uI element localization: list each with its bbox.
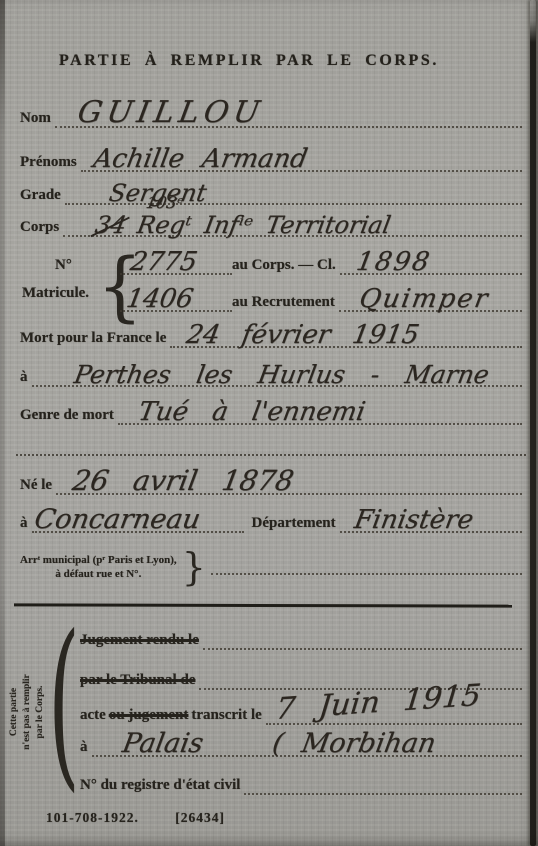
matricule-classe-dotted-line: 1898 <box>340 243 522 275</box>
departement-handwritten-value: Finistère <box>352 505 476 535</box>
genre-mort-label: Genre de mort <box>20 407 118 425</box>
corps-label: Corps <box>20 219 63 237</box>
departement-dotted-line: Finistère <box>340 501 522 533</box>
field-mort-date: Mort pour la France le 24 février 1915 <box>20 318 522 348</box>
arrondissement-brace: } <box>182 548 206 586</box>
mort-lieu-label: à <box>20 369 32 387</box>
naissance-lieu-dotted-line: Concarneau <box>32 501 244 533</box>
field-mort-lieu: à Perthes les Hurlus - Marne <box>20 357 522 387</box>
matricule-recrutement-place-handwritten: Quimper <box>357 284 492 314</box>
matricule-label-no: N° <box>55 257 76 275</box>
mort-date-label: Mort pour la France le <box>20 330 170 348</box>
prenoms-handwritten-value: Achille Armand <box>91 144 310 174</box>
field-transcription-lieu: à Palais ( Morbihan <box>80 727 522 757</box>
registre-dotted-line <box>244 763 522 795</box>
form-title: PARTIE À REMPLIR PAR LE CORPS. <box>0 52 498 70</box>
field-arrondissement: Arrᵗ municipal (pʳ Paris et Lyon), à déf… <box>20 549 522 585</box>
prenoms-dotted-line: Achille Armand <box>81 140 522 172</box>
mort-date-dotted-line: 24 février 1915 <box>170 316 522 348</box>
right-page-edge <box>530 0 536 846</box>
jugement-brace: ( <box>48 616 80 788</box>
transcription-lieu-handwritten-value: Palais <box>120 728 206 759</box>
mort-lieu-dotted-line: Perthes les Hurlus - Marne <box>32 355 523 387</box>
jugement-tribunal-label-struck: par le Tribunal de <box>80 672 199 690</box>
corps-handwritten-value: Regᵗ Infⁱᵉ Territorial <box>135 211 393 239</box>
acte-dotted-line: 7 Juin 1915 <box>266 693 522 725</box>
side-note-line2: n'est pas à remplir <box>21 652 34 772</box>
side-note-line3: par le Corps. <box>34 652 47 772</box>
side-note-vertical: Cette partie n'est pas à remplir par le … <box>8 652 50 772</box>
matricule-recrutement-dotted-line: 1406 <box>120 280 232 312</box>
field-prenoms: Prénoms Achille Armand <box>20 142 522 172</box>
matricule-label-matricule: Matricule. <box>22 285 93 303</box>
matricule-recrutement-handwritten-value: 1406 <box>124 284 195 314</box>
side-note-line1: Cette partie <box>8 652 21 772</box>
nom-handwritten-value: GUILLOU <box>75 95 267 130</box>
genre-mort-dotted-line: Tué à l'ennemi <box>118 393 522 425</box>
naissance-date-dotted-line: 26 avril 1878 <box>56 463 522 495</box>
field-naissance-date: Né le 26 avril 1878 <box>20 465 522 495</box>
jugement-rendu-label-struck: Jugement rendu le <box>80 632 203 650</box>
naissance-lieu-label: à <box>20 515 32 533</box>
field-genre-mort: Genre de mort Tué à l'ennemi <box>20 395 522 425</box>
field-corps: Corps 34 Regᵗ Infⁱᵉ Territorial <box>20 207 522 237</box>
field-jugement-rendu: Jugement rendu le <box>80 620 522 650</box>
footer-code: [26434] <box>175 810 225 825</box>
field-nom: Nom GUILLOU <box>20 98 522 128</box>
left-scan-edge <box>0 0 5 846</box>
field-registre: N° du registre d'état civil <box>80 765 522 795</box>
field-acte-transcrit: acte ou jugement transcrit le 7 Juin 191… <box>80 695 522 725</box>
acte-label-start: acte <box>80 707 109 725</box>
matricule-recrutement-label: au Recrutement <box>232 294 339 312</box>
arrondissement-label-line1: Arrᵗ municipal (pʳ Paris et Lyon), <box>20 553 177 567</box>
nom-dotted-line: GUILLOU <box>55 96 522 128</box>
matricule-corps-dotted-line: 2775 <box>120 243 232 275</box>
prenoms-label: Prénoms <box>20 154 81 172</box>
field-naissance-lieu: à Concarneau Département Finistère <box>20 503 522 533</box>
footer-imprint: 101-708-1922. [26434] <box>46 810 225 826</box>
arrondissement-label-line2: à défaut rue et N°. <box>20 567 177 581</box>
naissance-date-handwritten-value: 26 avril 1878 <box>70 464 296 497</box>
field-matricule-corps: 2775 au Corps. — Cl. 1898 <box>120 245 522 275</box>
transcription-dept-handwritten-value: ( Morbihan <box>270 728 438 759</box>
departement-label: Département <box>244 515 340 533</box>
matricule-corps-handwritten-value: 2775 <box>128 247 199 277</box>
jugement-rendu-dotted-line <box>203 618 522 650</box>
transcription-lieu-label: à <box>80 739 92 757</box>
matricule-corps-label: au Corps. — Cl. <box>232 257 340 275</box>
corps-dotted-line: 34 Regᵗ Infⁱᵉ Territorial <box>63 205 522 237</box>
nom-label: Nom <box>20 110 55 128</box>
military-death-record-card: PARTIE À REMPLIR PAR LE CORPS. Nom GUILL… <box>0 0 538 846</box>
arrondissement-dotted-line <box>211 559 522 575</box>
registre-label: N° du registre d'état civil <box>80 777 244 795</box>
acte-label-end: transcrit le <box>191 707 265 725</box>
naissance-date-label: Né le <box>20 477 56 495</box>
arrondissement-label: Arrᵗ municipal (pʳ Paris et Lyon), à déf… <box>20 553 177 582</box>
dotted-separator-rule <box>16 454 526 456</box>
field-grade: Grade Sergent <box>20 175 522 205</box>
grade-label: Grade <box>20 187 65 205</box>
footer-reference: 101-708-1922. <box>46 810 139 825</box>
genre-mort-handwritten-value: Tué à l'ennemi <box>136 397 367 427</box>
acte-label-struck: ou jugement <box>109 707 192 725</box>
corps-struck-number: 34 <box>93 211 128 239</box>
field-matricule-recrutement: 1406 au Recrutement Quimper <box>120 282 522 312</box>
matricule-classe-handwritten-value: 1898 <box>354 247 433 277</box>
mort-date-handwritten-value: 24 février 1915 <box>184 320 421 350</box>
transcription-lieu-dotted-line: Palais ( Morbihan <box>92 725 523 757</box>
naissance-lieu-handwritten-value: Concarneau <box>32 504 203 535</box>
matricule-recrutement-place-dotted-line: Quimper <box>339 280 522 312</box>
grade-dotted-line: Sergent <box>65 173 522 205</box>
mort-lieu-handwritten-value: Perthes les Hurlus - Marne <box>72 360 491 389</box>
